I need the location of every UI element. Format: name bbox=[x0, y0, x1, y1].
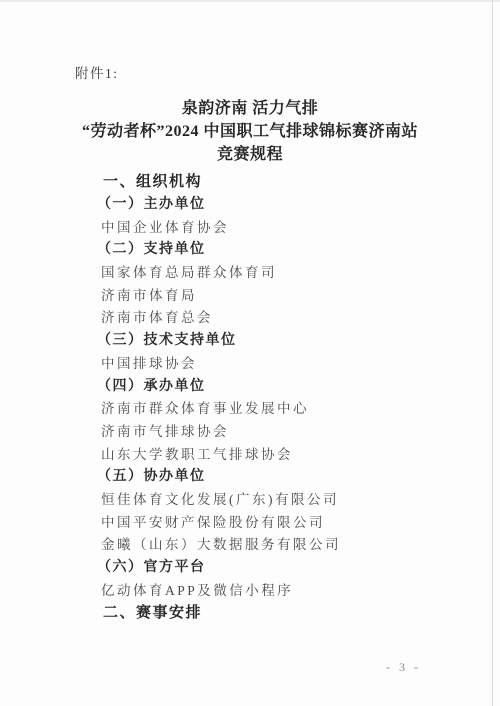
section-heading: （六）官方平台 bbox=[97, 555, 500, 578]
section-heading: （一）主办单位 bbox=[97, 192, 500, 215]
document-title: 泉韵济南 活力气排 “劳动者杯”2024 中国职工气排球锦标赛济南站 竞赛规程 bbox=[0, 97, 500, 166]
section-heading: （五）协办单位 bbox=[97, 464, 500, 487]
attachment-label: 附件1: bbox=[75, 62, 119, 82]
page-number: - 3 - bbox=[386, 660, 421, 675]
document-line: 金曦（山东）大数据服务有限公司 bbox=[101, 532, 500, 555]
document-line: 亿动体育APP及微信小程序 bbox=[101, 577, 500, 600]
document-line: 恒佳体育文化发展(广东)有限公司 bbox=[101, 487, 500, 510]
document-line: 济南市气排球协会 bbox=[101, 419, 500, 442]
document-line: 山东大学教职工气排球协会 bbox=[101, 441, 500, 464]
title-line-1: 泉韵济南 活力气排 bbox=[0, 97, 500, 120]
document-line: 济南市体育总会 bbox=[101, 305, 500, 328]
scan-right-edge-artifact bbox=[492, 0, 493, 706]
document-body: 一、组织机构（一）主办单位中国企业体育协会（二）支持单位国家体育总局群众体育司济… bbox=[0, 169, 500, 623]
scan-top-edge-artifact bbox=[0, 0, 500, 2]
document-line: 济南市体育局 bbox=[101, 282, 500, 305]
document-line: 中国平安财产保险股份有限公司 bbox=[101, 509, 500, 532]
document-line: 中国排球协会 bbox=[101, 351, 500, 374]
scanned-document-page: 附件1: 泉韵济南 活力气排 “劳动者杯”2024 中国职工气排球锦标赛济南站 … bbox=[0, 0, 500, 706]
title-line-3: 竞赛规程 bbox=[0, 143, 500, 166]
section-heading: 一、组织机构 bbox=[103, 169, 500, 192]
section-heading: 二、赛事安排 bbox=[103, 600, 500, 623]
section-heading: （二）支持单位 bbox=[97, 237, 500, 260]
document-line: 国家体育总局群众体育司 bbox=[101, 260, 500, 283]
title-line-2: “劳动者杯”2024 中国职工气排球锦标赛济南站 bbox=[0, 120, 500, 143]
section-heading: （四）承办单位 bbox=[97, 373, 500, 396]
document-line: 中国企业体育协会 bbox=[101, 214, 500, 237]
document-line: 济南市群众体育事业发展中心 bbox=[101, 396, 500, 419]
section-heading: （三）技术支持单位 bbox=[97, 328, 500, 351]
